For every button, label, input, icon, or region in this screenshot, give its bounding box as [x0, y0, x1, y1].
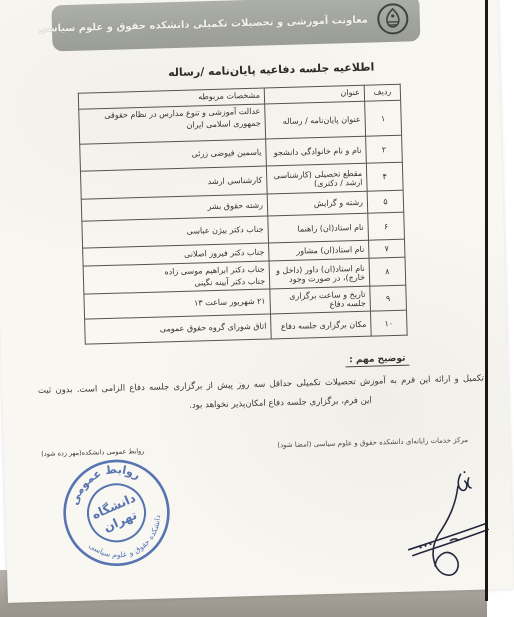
row-label: عنوان پایان‌نامه / رساله [265, 101, 366, 139]
university-of-tehran-emblem-icon [375, 1, 410, 36]
row-number: ۴ [366, 162, 403, 191]
row-label: نام استاد(ان) داور (داخل و خارج)، در صور… [269, 258, 370, 289]
row-label: نام استاد(ان) راهنما [268, 213, 369, 243]
computer-center-signature-note: مرکز خدمات رایانه‌ای دانشکده حقوق و علوم… [248, 435, 498, 450]
page-title: اطلاعیه جلسه دفاعیه پایان‌نامه /رساله [131, 59, 411, 80]
row-label: تاریخ و ساعت برگزاری جلسه دفاع [270, 286, 371, 314]
row-number: ۵ [367, 190, 404, 213]
header-row-number: ردیف [364, 84, 400, 101]
row-number: ۲ [366, 135, 403, 163]
scan-border-line [485, 0, 488, 601]
header-banner: معاونت آموزشی و تحصیلات تکمیلی دانشکده ح… [51, 0, 420, 51]
row-number: ۷ [368, 239, 404, 258]
row-label: نام و نام خانوادگی دانشجو [266, 136, 367, 166]
note-text-line1: تکمیل و ارائه این فرم به آموزش تحصیلات ت… [60, 374, 484, 396]
row-number: ۶ [368, 212, 405, 240]
handwritten-signature [402, 463, 497, 592]
important-note-heading: توضیح مهم : [345, 354, 409, 368]
row-value: عدالت آموزشی و تنوع مدارس در نظام حقوقی … [79, 104, 266, 144]
note-text-line2: این فرم، برگزاری جلسه دفاع امکان‌پذیر نخ… [110, 393, 450, 412]
row-number: ۹ [370, 285, 407, 311]
page-content: معاونت آموزشی و تحصیلات تکمیلی دانشکده ح… [0, 0, 514, 617]
row-label: رشته و گرایش [267, 191, 368, 216]
row-label: مقطع تحصیلی (کارشناسی ارشد / دکتری) [266, 163, 367, 194]
scanned-form-page: معاونت آموزشی و تحصیلات تکمیلی دانشکده ح… [0, 0, 514, 603]
row-number: ۸ [369, 257, 406, 286]
defense-info-table: ردیف عنوان مشخصات مربوطه ۱ عنوان پایان‌ن… [78, 84, 408, 345]
row-number: ۱۰ [370, 310, 407, 336]
row-number: ۱ [365, 100, 402, 136]
row-label: مکان برگزاری جلسه دفاع [271, 311, 372, 339]
banner-title: معاونت آموزشی و تحصیلات تکمیلی دانشکده ح… [37, 14, 368, 34]
row-value: اتاق شورای گروه حقوق عمومی [85, 314, 272, 344]
